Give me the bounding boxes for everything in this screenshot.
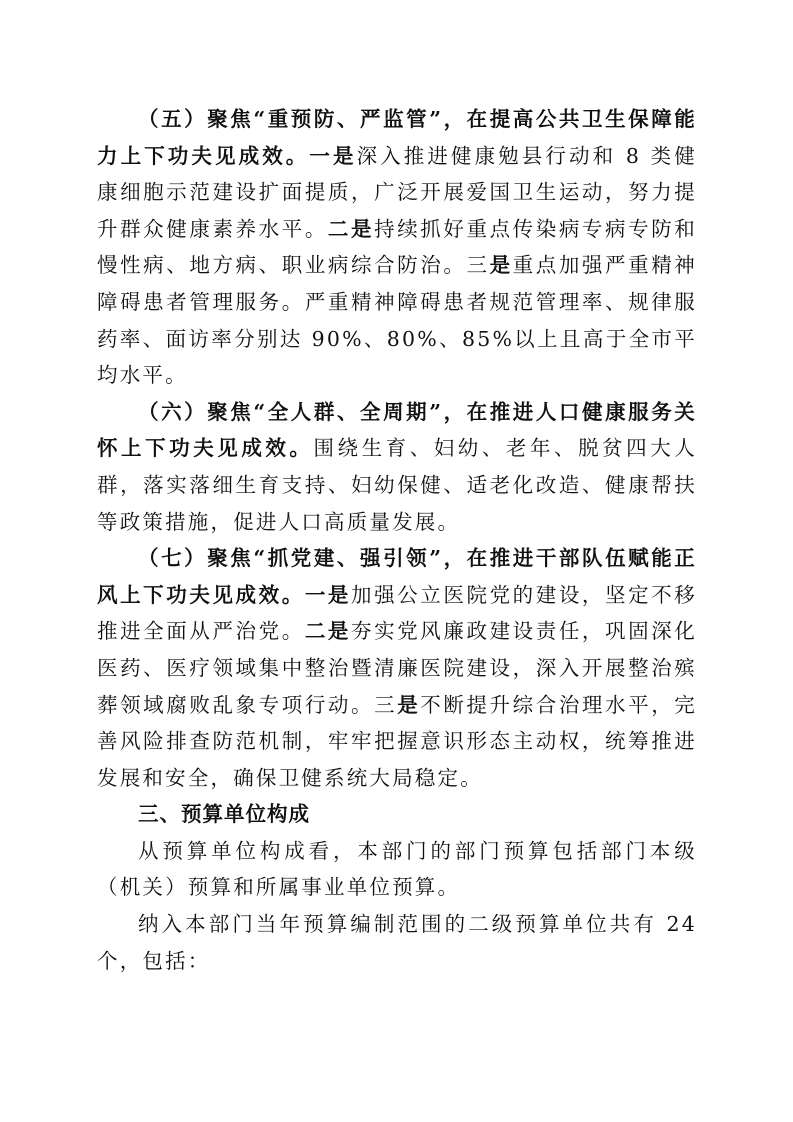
point-3-label: 是 xyxy=(490,253,513,277)
point-2-label: 二是 xyxy=(305,619,351,643)
paragraph-7: （七）聚焦“抓党建、强引领”，在推进干部队伍赋能正风上下功夫见成效。一是加强公立… xyxy=(97,540,697,796)
document-page: （五）聚焦“重预防、严监管”，在提高公共卫生保障能力上下功夫见成效。一是深入推进… xyxy=(97,101,697,979)
point-1-label: 一是 xyxy=(309,144,356,168)
point-1-label: 一是 xyxy=(305,583,351,607)
paragraph-6: （六）聚焦“全人群、全周期”，在推进人口健康服务关怀上下功夫见成效。围绕生育、妇… xyxy=(97,394,697,540)
section-heading-budget-units: 三、预算单位构成 xyxy=(97,796,697,833)
point-2-label: 二是 xyxy=(328,217,374,241)
point-3-label: 是 xyxy=(397,693,420,717)
paragraph-budget-composition: 从预算单位构成看，本部门的部门预算包括部门本级（机关）预算和所属事业单位预算。 xyxy=(97,833,697,906)
paragraph-5: （五）聚焦“重预防、严监管”，在提高公共卫生保障能力上下功夫见成效。一是深入推进… xyxy=(97,101,697,394)
paragraph-secondary-units: 纳入本部门当年预算编制范围的二级预算单位共有 24 个，包括： xyxy=(97,906,697,979)
